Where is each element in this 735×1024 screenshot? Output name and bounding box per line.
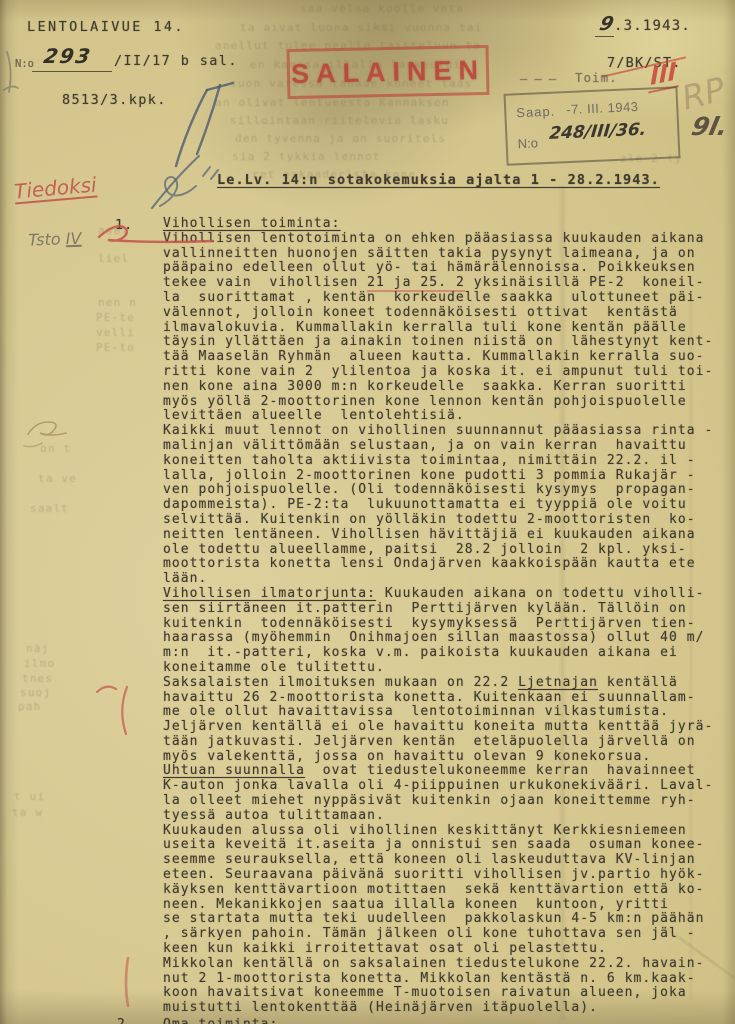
body-segment: vallinneitten huonojen säitten takia pys… <box>163 246 696 261</box>
body-line: Vihollisen ilmatorjunta: Kuukauden aikan… <box>163 587 713 602</box>
unit-name: LENTOLAIVUE 14. <box>27 19 185 35</box>
body-line: sen siirtäneen it.patterin Perttijärven … <box>163 602 713 617</box>
body-line: la suorittamat , kentän korkeudelle saak… <box>163 291 713 306</box>
item-number: 1. <box>115 217 133 233</box>
document-title-text: Le.Lv. 14:n sotakokemuksia ajalta 1 - 28… <box>217 172 660 188</box>
body-line: koneitten taholta aktiivista toimintaa, … <box>163 454 713 469</box>
body-segment: neitten lentäneen. Vihollisen hävittäjiä… <box>163 527 696 542</box>
bleedthrough-text: PE-te <box>96 311 135 324</box>
body-line: muistutti lentokenttää (Heinäjärven itäp… <box>163 1001 713 1016</box>
body-line: m:n it.-patteri, koska v.m. paikoista ku… <box>163 646 713 661</box>
body-segment: kuitenkin todennäköisesti kysymyksessä P… <box>163 616 696 631</box>
body-line: tään jatkuvasti. Jeljärven kentän eteläp… <box>163 735 713 750</box>
bleedthrough-text: näj <box>26 642 49 655</box>
bleedthrough-text: liel <box>98 252 129 265</box>
body-segment: Saksalaisten ilmoituksen mukaan on 22.2 <box>163 675 518 690</box>
body-segment: selvittää. Kuitenkin on yölläkin todettu… <box>163 512 696 527</box>
bleedthrough-text: sillointaan riitelevia lasku <box>230 114 449 127</box>
body-segment: välennot, jolloin koneet todennäköisesti… <box>163 305 678 320</box>
document-number-handwritten: 293 <box>42 44 94 68</box>
body-segment: haarassa (myöhemmin Onihmajoen sillan ma… <box>163 630 704 645</box>
body-line: malinjan välittömään selustaan, ja on va… <box>163 439 713 454</box>
secret-stamp-text: SALAINEN <box>291 55 486 89</box>
body-line: täysin yllättäen ja ainakin toinen niist… <box>163 335 713 350</box>
arrival-stamp-no-handwritten: 248/III/36. <box>548 120 647 144</box>
scanned-document-page: saa velsa kuolle vntata aivat luona siks… <box>0 0 735 1024</box>
body-segment: keen kun kaikki irroitettavat osat oli p… <box>163 941 607 956</box>
body-segment: yksinäisillä PE-2 koneil- <box>465 275 705 290</box>
body-segment: seemme seurauksella, että koneen oli las… <box>163 852 696 867</box>
initials-pencil: RP <box>678 69 729 117</box>
body-line: käyksen kenttävartioon motittaen sekä ke… <box>163 883 713 898</box>
body-line: tekee vain vihollisen 21 ja 25. 2 yksinä… <box>163 276 713 291</box>
red-margin-squiggle <box>97 687 116 692</box>
body-line: dapommeista). PE-2:ta lukuunottamatta ei… <box>163 498 713 513</box>
body-segment-underlined: Vihollisen ilmatorjunta: <box>163 586 376 601</box>
body-line: Saksalaisten ilmoituksen mukaan on 22.2 … <box>163 676 713 691</box>
body-line: tyessä autoa tulittamaan. <box>163 809 713 824</box>
body-segment: dapommeista). PE-2:ta lukuunottamatta ei… <box>163 497 687 512</box>
body-line: tää Maaselän Ryhmän alueen kautta. Kumma… <box>163 350 713 365</box>
body-line: , särkyen pahoin. Tämän jälkeen oli kone… <box>163 927 713 942</box>
body-line: koon havaitsivat koneemme T-muotoisen ra… <box>163 986 713 1001</box>
body-line: lään. <box>163 572 713 587</box>
margin-note-tiedoksi: Tiedoksi <box>13 172 97 203</box>
document-number-underline <box>32 71 112 72</box>
bleedthrough-text: saa velsa kuolle vnta <box>300 2 464 15</box>
document-number-suffix: /II/17 b sal. <box>114 53 238 69</box>
body-line: nen kone aina 3000 m:n korkeudelle saakk… <box>163 380 713 395</box>
body-segment: me ole ollut havaittavissa lentotoiminna… <box>163 704 669 719</box>
body-segment: Kuukauden aikana on todettu viholli- <box>376 586 704 601</box>
body-segment: eteen. Seuraavana päivänä suoritti vihol… <box>163 867 704 882</box>
body-segment: lään. <box>163 571 207 586</box>
bleedthrough-text: velli <box>96 326 135 339</box>
body-segment: ilmavalokuvia. Kummallakin kerralla tuli… <box>163 320 687 335</box>
body-segment: la olleet miehet nyppäsivät kuitenkin oj… <box>163 793 696 808</box>
body-segment: Kuukauden alussa oli vihollinen keskittä… <box>163 823 687 838</box>
body-segment: sen siirtäneen it.patterin Perttijärven … <box>163 601 687 616</box>
body-line: pääpaino edelleen ollut yö- tai hämäräle… <box>163 261 713 276</box>
margin-note-tsto: Tsto IV <box>7 210 82 270</box>
body-line: seemme seurauksella, että koneen oli las… <box>163 853 713 868</box>
body-line: Vihollisen toiminta: <box>163 217 713 232</box>
arrival-stamp-box: Saap. -7. III. 1943 N:o 248/III/36. <box>504 86 681 166</box>
body-line: Mikkolan kentällä on saksalainen tiedust… <box>163 957 713 972</box>
bleedthrough-text: on t <box>40 442 71 455</box>
body-segment: tyessä autoa tulittamaan. <box>163 808 385 823</box>
arrival-stamp-date: -7. III. 1943 <box>566 99 639 117</box>
body-line: koneitamme ole tulitettu. <box>163 661 713 676</box>
body-segment: täysin yllättäen ja ainakin toinen niist… <box>163 334 713 349</box>
body-segment: nen kone aina 3000 m:n korkeudelle saakk… <box>163 379 687 394</box>
body-segment: koon havaitsivat koneemme T-muotoisen ra… <box>163 985 687 1000</box>
body-segment: Jeljärven kentällä ei ole havaittu konei… <box>163 719 713 734</box>
secret-stamp: SALAINEN <box>286 45 489 99</box>
body-segment: useita keveitä it.aseita ja onnistui sen… <box>163 837 704 852</box>
body-segment: käyksen kenttävartioon motittaen sekä ke… <box>163 882 704 897</box>
body-segment: myös yöllä 2-moottorinen kone lennon ken… <box>163 394 687 409</box>
arrival-stamp-saap-label: Saap. <box>516 104 556 121</box>
body-line: levittäen alueelle lentolehtisiä. <box>163 409 713 424</box>
body-segment: ven pohjoispuolelle. (Oli todennäköisest… <box>163 482 696 497</box>
bleedthrough-text: ta ve <box>38 472 77 485</box>
body-segment: tää Maaselän Ryhmän alueen kautta. Kumma… <box>163 349 704 364</box>
bleedthrough-text: pah <box>18 700 41 713</box>
body-segment: levittäen alueelle lentolehtisiä. <box>163 408 465 423</box>
bleedthrough-text: den tyvenna ja on suoritels <box>235 132 446 145</box>
body-segment: K-auton jonka lavalla oli 4-piippuinen u… <box>163 778 713 793</box>
bleedthrough-text: t ui <box>14 790 45 803</box>
bleedthrough-text: nen n <box>98 296 137 309</box>
body-segment: kentällä <box>598 675 678 690</box>
field-post-number: 8513/3.kpk. <box>62 92 167 108</box>
body-segment: nut 2 1-moottorista konetta. Mikkolan ke… <box>163 971 696 986</box>
body-segment: myös valekenttä, jossa on havaittu oleva… <box>163 749 651 764</box>
body-line: neitten lentäneen. Vihollisen hävittäjiä… <box>163 528 713 543</box>
body-line: keen kun kaikki irroitettavat osat oli p… <box>163 942 713 957</box>
date-typed: .3.1943. <box>614 18 691 34</box>
body-segment: Mikkolan kentällä on saksalainen tiedust… <box>163 956 704 971</box>
body-line: Vihollisen lentotoiminta on ehken pääasi… <box>163 232 713 247</box>
red-margin-paren <box>122 687 127 734</box>
body-line: Kaikki muut lennot on vihollinen suunnan… <box>163 424 713 439</box>
body-segment: m:n it.-patteri, koska v.m. paikoista ku… <box>163 645 678 660</box>
body-line: Jeljärven kentällä ei ole havaittu konei… <box>163 720 713 735</box>
body-segment: ovat tiedustelukoneemme kerran havainnee… <box>305 763 696 778</box>
bleedthrough-text: ilmo <box>24 657 55 670</box>
body-segment: koneitten taholta aktiivista toimintaa, … <box>163 453 696 468</box>
body-segment: la suorittamat , kentän korkeudelle saak… <box>163 290 704 305</box>
tsto-number: IV <box>65 229 81 249</box>
body-segment-underlined: Uhtuan suunnalla <box>163 763 305 778</box>
bleedthrough-text: ta aivat luona siksi vuonna tai <box>240 21 483 34</box>
body-segment: muistutti lentokenttää (Heinäjärven itäp… <box>163 1000 598 1015</box>
bleedthrough-text: saalt <box>30 502 69 515</box>
next-item-number: 2. <box>117 1017 133 1024</box>
body-line: la olleet miehet nyppäsivät kuitenkin oj… <box>163 794 713 809</box>
body-segment: havaittu 26 2-moottorista konetta. Kuite… <box>163 690 696 705</box>
toim-label: Toim. <box>575 70 618 85</box>
body-line: eteen. Seuraavana päivänä suoritti vihol… <box>163 868 713 883</box>
initials-ink: 9l. <box>689 112 731 141</box>
body-segment: tään jatkuvasti. Jeljärven kentän eteläp… <box>163 734 696 749</box>
body-line: ven pohjoispuolelle. (Oli todennäköisest… <box>163 483 713 498</box>
toim-prefix: — — — <box>520 72 556 86</box>
date-day-underline <box>595 36 614 37</box>
body-segment: , särkyen pahoin. Tämän jälkeen oli kone… <box>163 926 696 941</box>
body-line: ritti kone vain 2 ylilentoa ja koska it.… <box>163 365 713 380</box>
body-segment: Vihollisen lentotoiminta on ehken pääasi… <box>163 231 704 246</box>
next-item-heading: Oma toiminta: <box>163 1017 278 1024</box>
body-segment-underlined: Ljetnajan <box>518 675 598 690</box>
body-segment-underlined: Vihollisen toiminta: <box>163 216 341 231</box>
body-segment: ole todettu alueellamme, paitsi 28.2 jol… <box>163 542 687 557</box>
body-line: moottorista konetta lensi Ondajärven kaa… <box>163 557 713 572</box>
body-segment: moottorista konetta lensi Ondajärven kaa… <box>163 556 696 571</box>
bleedthrough-text: ta w <box>12 806 43 819</box>
body-segment: tekee vain vihollisen <box>163 275 367 290</box>
body-segment-underlined: 21 ja 25. 2 <box>367 275 465 290</box>
bleedthrough-text: suoj <box>20 686 51 699</box>
arrival-stamp-no-label: N:o <box>517 135 538 151</box>
bleedthrough-text: PE-to <box>96 341 135 354</box>
body-segment: ritti kone vain 2 ylilentoa ja koska it.… <box>163 364 713 379</box>
red-margin-line-bottom <box>126 958 128 1006</box>
body-line: välennot, jolloin koneet todennäköisesti… <box>163 306 713 321</box>
paper-tear-mark <box>28 422 66 435</box>
body-segment: lalla, jolloin 2-moottorinen kone pudott… <box>163 468 696 483</box>
document-number-label: N:o <box>15 58 34 70</box>
body-line: me ole ollut havaittavissa lentotoiminna… <box>163 705 713 720</box>
tsto-label: Tsto <box>28 229 66 249</box>
document-title: Le.Lv. 14:n sotakokemuksia ajalta 1 - 28… <box>170 156 670 204</box>
body-line: haarassa (myöhemmin Onihmajoen sillan ma… <box>163 631 713 646</box>
body-line: K-auton jonka lavalla oli 4-piippuinen u… <box>163 779 713 794</box>
body-segment: pääpaino edelleen ollut yö- tai hämäräle… <box>163 260 696 275</box>
body-line: selvittää. Kuitenkin on yölläkin todettu… <box>163 513 713 528</box>
body-segment: neen. Mekanikkojen saatua illalla koneen… <box>163 897 669 912</box>
nt-scribble-stroke1 <box>176 90 207 166</box>
body-lines: Vihollisen toiminta:Vihollisen lentotoim… <box>163 217 713 1016</box>
body-segment: se startata mutta teki uudelleen pakkola… <box>163 911 704 926</box>
body-segment: koneitamme ole tulitettu. <box>163 660 385 675</box>
bleedthrough-text: tnes <box>22 672 53 685</box>
body-segment: malinjan välittömään selustaan, ja on va… <box>163 438 687 453</box>
body-segment: Kaikki muut lennot on vihollinen suunnan… <box>163 423 713 438</box>
